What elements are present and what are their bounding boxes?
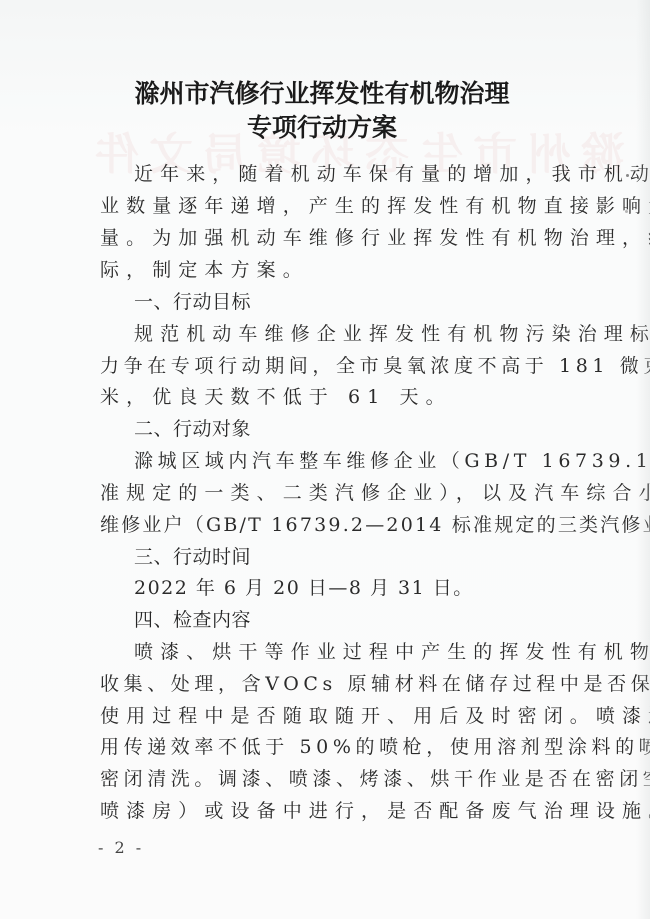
section-heading-goal: 一、行动目标	[134, 289, 251, 315]
scan-speck	[625, 210, 628, 213]
document-title-line-1: 滁州市汽修行业挥发性有机物治理	[0, 76, 647, 112]
section-line: 用传递效率不低于 50%的喷枪，使用溶剂型涂料的喷枪是否	[100, 734, 560, 760]
intro-line: 际，制定本方案。	[100, 257, 560, 283]
document-page: 滁州市生态环境局文件 滁州市汽修行业挥发性有机物治理 专项行动方案 近年来，随着…	[0, 0, 650, 919]
intro-line: 量。为加强机动车维修行业挥发性有机物治理，结合我市实	[100, 225, 560, 251]
section-heading-target: 二、行动对象	[134, 416, 251, 442]
section-line: 力争在专项行动期间，全市臭氧浓度不高于 181 微克/立方	[100, 353, 560, 379]
section-line: 维修业户（GB/T 16739.2—2014 标准规定的三类汽修业户）。	[100, 512, 560, 538]
section-line: 准规定的一类、二类汽修企业），以及汽车综合小修及专项	[100, 480, 560, 506]
section-line: 收集、处理，含VOCs 原辅材料在储存过程中是否保持密闭，	[100, 671, 560, 697]
section-line: 2022 年 6 月 20 日—8 月 31 日。	[134, 575, 594, 601]
section-line: 米，优良天数不低于 61 天。	[100, 384, 560, 410]
section-line: 喷漆房）或设备中进行，是否配备废气治理设施。配备吸附	[100, 798, 560, 824]
section-line: 喷漆、烘干等作业过程中产生的挥发性有机物是否有效	[134, 639, 594, 665]
intro-line: 业数量逐年递增，产生的挥发性有机物直接影响大气环境质	[100, 193, 560, 219]
intro-line: 近年来，随着机动车保有量的增加，我市机动车维修企	[134, 161, 594, 187]
section-line: 使用过程中是否随取随开、用后及时密闭。喷漆过程是否选	[100, 703, 560, 729]
scan-edge-shadow	[636, 0, 650, 919]
section-line: 密闭清洗。调漆、喷漆、烤漆、烘干作业是否在密闭空间（如	[100, 766, 560, 792]
scan-speck	[626, 174, 629, 177]
scan-speck	[625, 748, 628, 751]
scan-speck	[623, 783, 626, 786]
section-heading-time: 三、行动时间	[134, 544, 251, 570]
section-line: 规范机动车维修企业挥发性有机物污染治理标准要求，	[134, 321, 594, 347]
section-heading-inspection: 四、检查内容	[134, 607, 251, 633]
section-line: 滁城区域内汽车整车维修企业（GB/T 16739.1—2014 标	[134, 448, 594, 474]
page-number: - 2 -	[98, 838, 144, 857]
document-title-line-2: 专项行动方案	[0, 110, 647, 146]
